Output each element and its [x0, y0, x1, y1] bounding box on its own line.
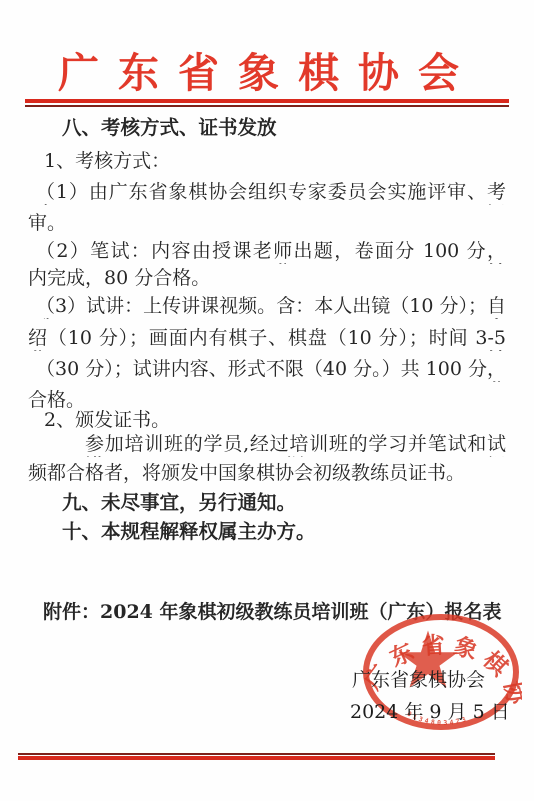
section-heading-assessment: 八、考核方式、证书发放 [62, 117, 277, 139]
header-rule-thick [25, 99, 509, 103]
doc-line: 2、颁发证书。 [44, 409, 170, 431]
doc-line: 参加培训班的学员,经过培训班的学习并笔试和试讲课视 [85, 433, 506, 457]
doc-line: 1、考核方式： [44, 150, 170, 172]
doc-line: （3）试讲：上传讲课视频。含：本人出镜（10 分）；自我介 [36, 295, 506, 319]
doc-line: 绍（10 分）；画面内有棋子、棋盘（10 分）；时间 3-5 分钟 [28, 327, 506, 351]
document-page: 广东省象棋协会 八、考核方式、证书发放 1、考核方式： （1）由广东省象棋协会组… [0, 0, 534, 801]
doc-line: 审。 [28, 212, 66, 234]
doc-line: （2）笔试：内容由授课老师出题，卷面分 100 分，180 分钟 [36, 240, 506, 264]
section-heading-interpretation: 十、本规程解释权属主办方。 [62, 521, 316, 543]
doc-line: （30 分）；试讲内容、形式不限（40 分。）共 100 分，80 分 [36, 358, 506, 382]
footer-rule-thin [18, 753, 495, 755]
org-title: 广东省象棋协会 [58, 40, 478, 99]
doc-line: 内完成，80 分合格。 [28, 267, 210, 289]
signature-date: 2024 年 9 月 5 日 [350, 697, 510, 724]
signature-org: 广东省象棋协会 [352, 665, 485, 692]
footer-rule-thick [18, 756, 495, 760]
header-rule-thin [25, 105, 509, 107]
doc-line: 合格。 [28, 389, 85, 411]
doc-line: 频都合格者，将颁发中国象棋协会初级教练员证书。 [28, 462, 465, 484]
doc-line: （1）由广东省象棋协会组织专家委员会实施评审、考查，评 [36, 181, 506, 205]
section-heading-misc: 九、未尽事宜，另行通知。 [62, 492, 296, 514]
